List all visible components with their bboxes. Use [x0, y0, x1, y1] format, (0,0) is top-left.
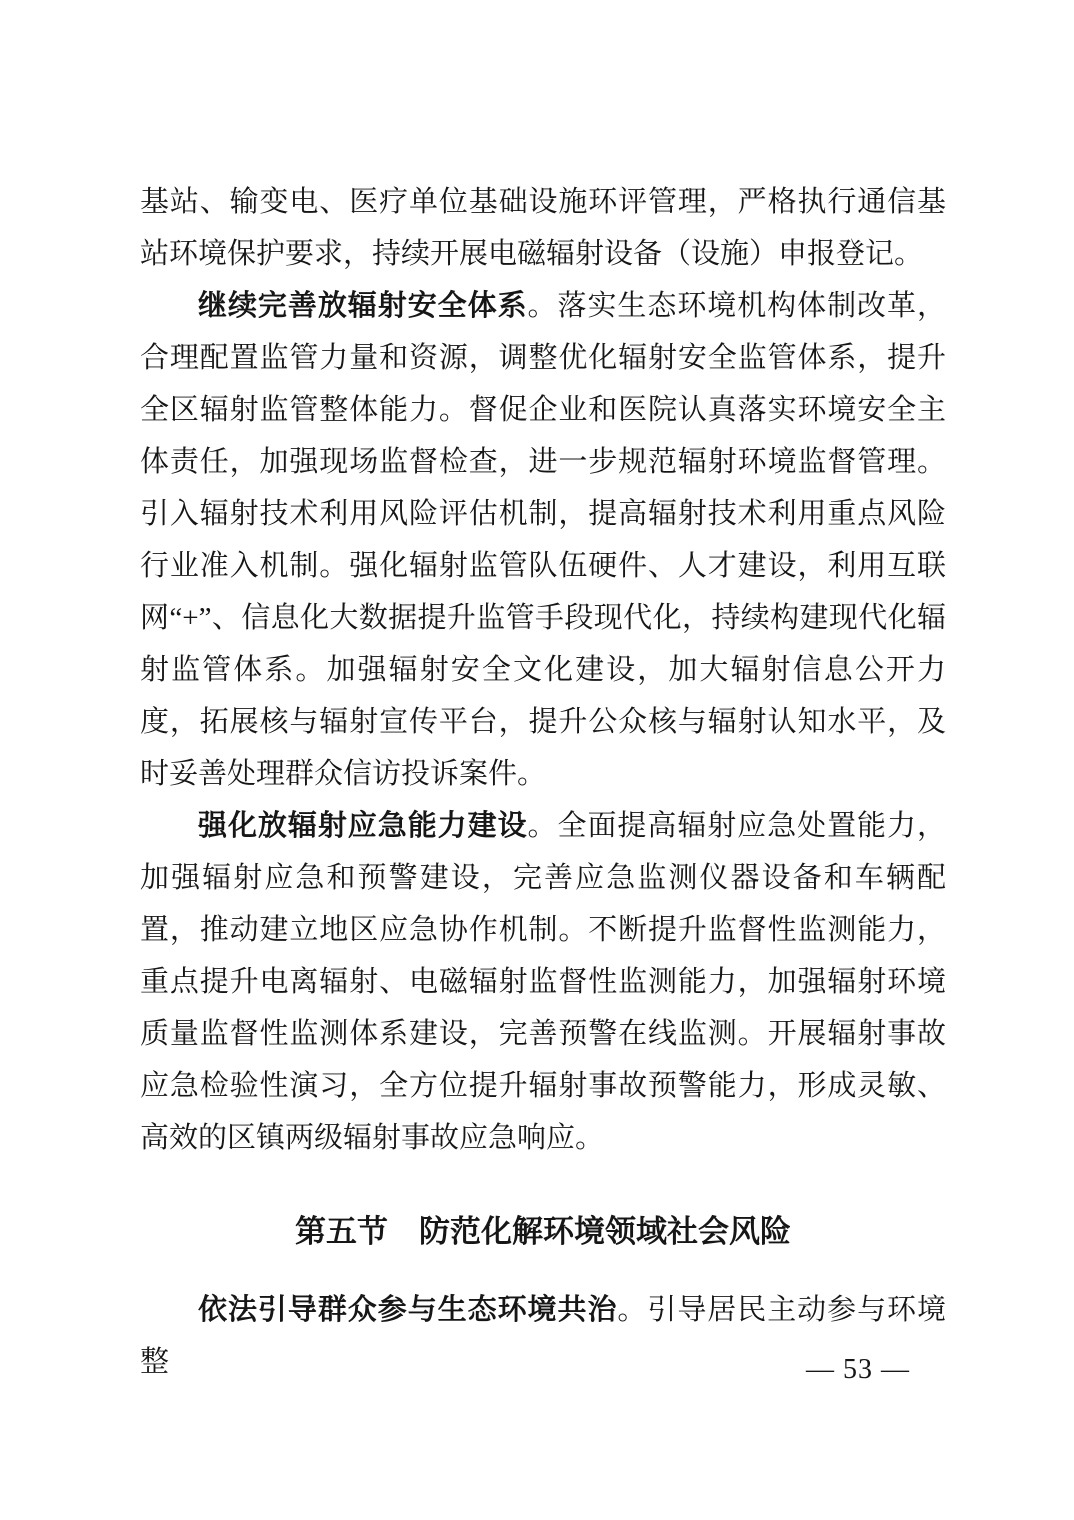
- paragraph-lead-bold: 继续完善放辐射安全体系: [198, 290, 528, 322]
- paragraph-text: 。落实生态环境机构体制改革，合理配置监管力量和资源，调整优化辐射安全监管体系，提…: [140, 290, 946, 790]
- paragraph-lead-bold: 强化放辐射应急能力建设: [198, 810, 528, 842]
- page-body: 基站、输变电、医疗单位基础设施环评管理，严格执行通信基站环境保护要求，持续开展电…: [140, 176, 946, 1388]
- paragraph-text: 。全面提高辐射应急处置能力，加强辐射应急和预警建设，完善应急监测仪器设备和车辆配…: [140, 810, 946, 1154]
- paragraph-text: 基站、输变电、医疗单位基础设施环评管理，严格执行通信基站环境保护要求，持续开展电…: [140, 186, 946, 270]
- document-page: 基站、输变电、医疗单位基础设施环评管理，严格执行通信基站环境保护要求，持续开展电…: [0, 0, 1074, 1520]
- section-heading: 第五节 防范化解环境领域社会风险: [140, 1206, 946, 1258]
- page-number: — 53 —: [806, 1352, 910, 1388]
- paragraph-lead-bold: 依法引导群众参与生态环境共治: [198, 1294, 617, 1326]
- paragraph-continuation: 基站、输变电、医疗单位基础设施环评管理，严格执行通信基站环境保护要求，持续开展电…: [140, 176, 946, 280]
- paragraph-radiation-safety-system: 继续完善放辐射安全体系。落实生态环境机构体制改革，合理配置监管力量和资源，调整优…: [140, 280, 946, 800]
- paragraph-emergency-capability: 强化放辐射应急能力建设。全面提高辐射应急处置能力，加强辐射应急和预警建设，完善应…: [140, 800, 946, 1164]
